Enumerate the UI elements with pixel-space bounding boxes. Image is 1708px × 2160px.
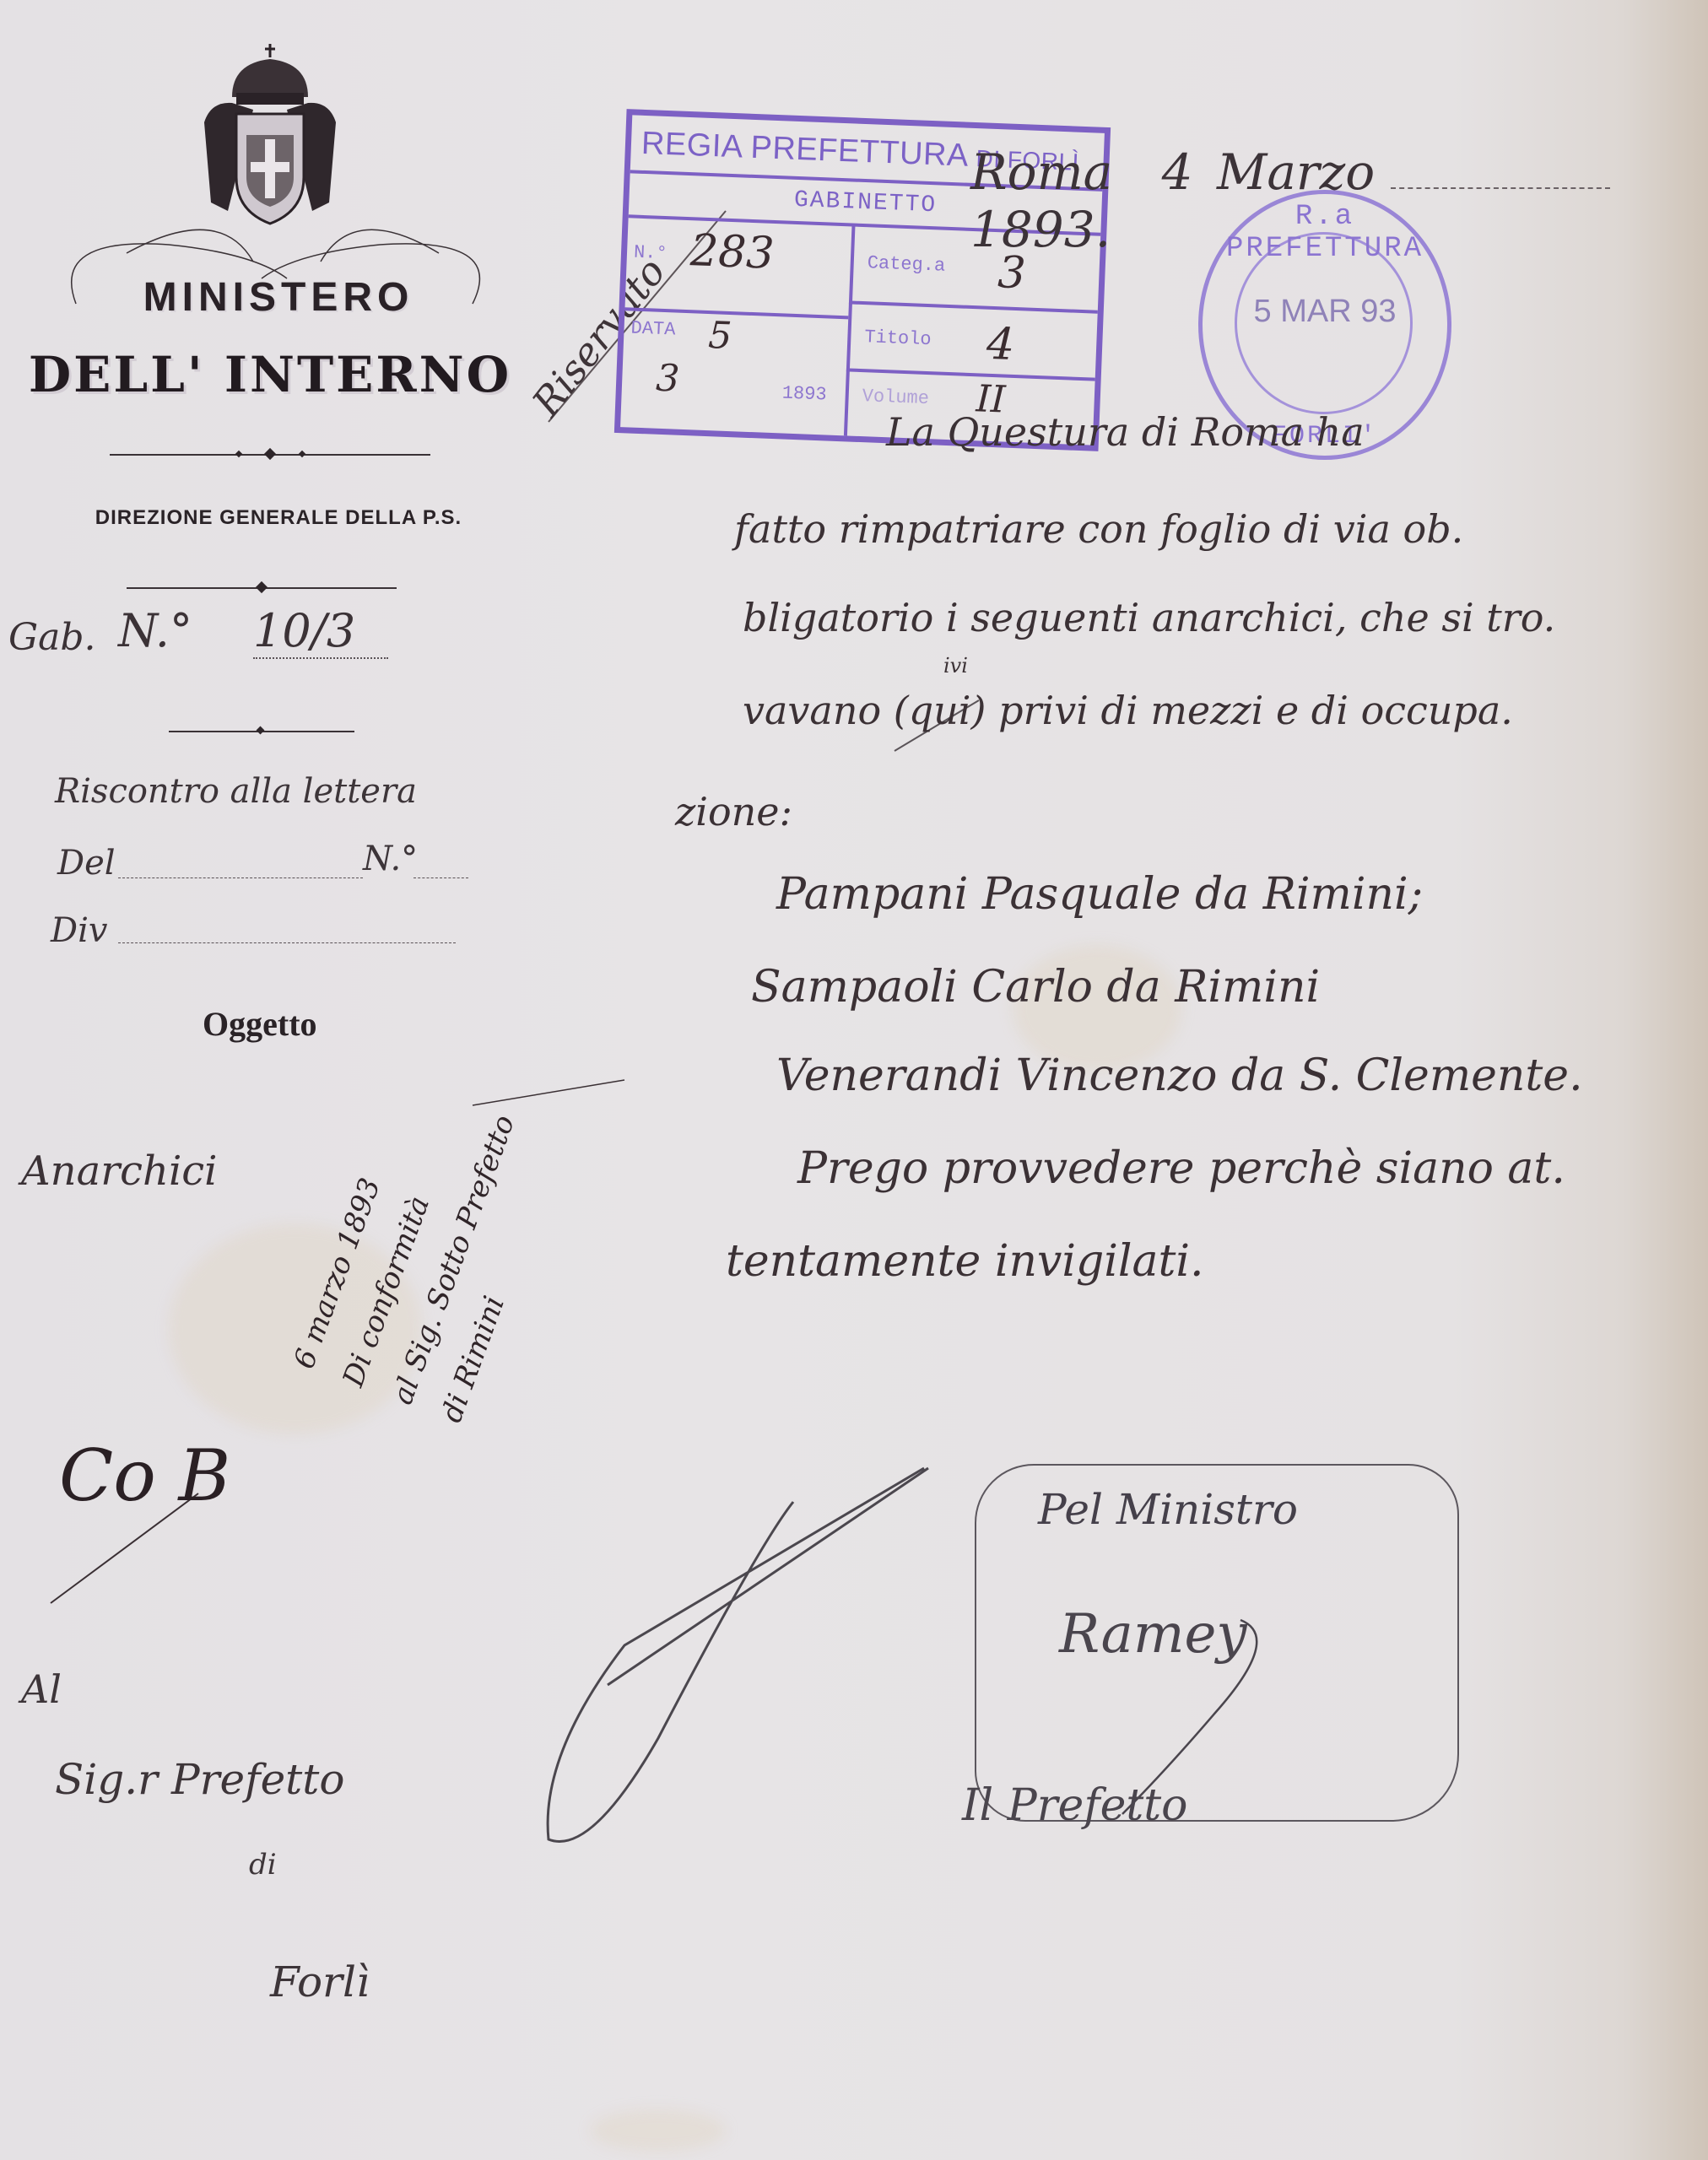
ministry-title-line1: MINISTERO — [59, 274, 498, 321]
addressee-line: di — [249, 1848, 277, 1882]
stamp-titolo-label: Titolo — [864, 327, 932, 350]
round-stamp-top-text: R.a PREFETTURA — [1203, 201, 1447, 265]
div-label: Div — [51, 911, 107, 950]
stamp-categ-label: Categ.a — [867, 252, 945, 277]
gab-number-label: N.° — [118, 604, 192, 657]
gab-number-value: 10/3 — [253, 604, 388, 659]
body-line: zione: — [675, 789, 792, 834]
riscontro-label: Riscontro alla lettera — [55, 772, 417, 811]
body-line: bligatorio i seguenti anarchici, che si … — [743, 595, 1555, 640]
div-field-line — [118, 942, 456, 943]
stamp-data-month: 3 — [655, 357, 680, 401]
ornamental-divider — [169, 726, 354, 737]
ornamental-divider — [110, 449, 430, 461]
stamp-data-year: 1893 — [781, 382, 827, 405]
reference-number-label: N.° — [363, 840, 418, 878]
body-line: vavano (qui) privi di mezzi e di occupa. — [743, 688, 1513, 733]
minister-signature: Ramey — [1059, 1603, 1247, 1666]
dateline-rule — [1391, 187, 1610, 189]
oggetto-value: Anarchici — [21, 1147, 218, 1195]
stamp-no-label: N.° — [634, 242, 668, 265]
gab-label: Gab. — [8, 616, 96, 659]
ministry-title-line2: DELL' INTERNO — [25, 346, 515, 403]
stamp-volume-label: Volume — [862, 386, 929, 409]
clerk-initials: Co B — [59, 1434, 230, 1517]
closing-line: Prego provvedere perchè siano at. — [797, 1143, 1565, 1194]
stamp-data-day: 5 — [707, 314, 732, 358]
dateline-place: Roma — [970, 143, 1112, 201]
closing-line: tentamente invigilati. — [726, 1236, 1204, 1287]
del-label: Del — [57, 844, 116, 883]
addressee-line: Forlì — [270, 1957, 370, 2006]
body-line: La Questura di Roma ha — [886, 409, 1365, 455]
oggetto-label: Oggetto — [203, 1004, 317, 1044]
dateline-day: 4 — [1162, 143, 1193, 201]
interlinear-correction: ivi — [943, 654, 968, 678]
prefect-note: Il Prefetto — [962, 1780, 1187, 1831]
dateline-year: 1893. — [970, 201, 1111, 258]
ornamental-divider — [127, 582, 397, 594]
stamp-no-value: 283 — [689, 225, 775, 279]
addressee-line: Al — [21, 1666, 62, 1712]
del-field-line — [118, 877, 363, 878]
anarchist-name: Pampani Pasquale da Rimini; — [776, 869, 1423, 920]
anarchist-name: Sampaoli Carlo da Rimini — [751, 962, 1320, 1012]
stamp-data-label: DATA — [630, 318, 676, 341]
reference-number-field-line — [413, 877, 468, 878]
signature-label: Pel Ministro — [1038, 1485, 1298, 1534]
department-name: DIREZIONE GENERALE DELLA P.S. — [80, 506, 477, 530]
addressee-line: Sig.r Prefetto — [55, 1755, 344, 1804]
round-stamp-date: 5 MAR 93 — [1203, 294, 1447, 330]
stamp-titolo-value: 4 — [986, 319, 1015, 370]
body-line: fatto rimpatriare con foglio di via ob. — [734, 506, 1463, 552]
anarchist-name: Venerandi Vincenzo da S. Clemente. — [776, 1050, 1583, 1101]
